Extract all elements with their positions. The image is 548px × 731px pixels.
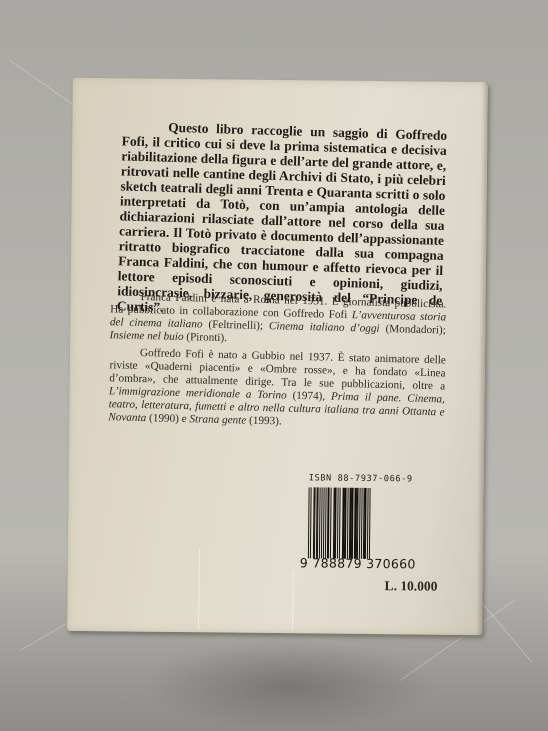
ean-number: 9 788879 370660: [300, 555, 420, 571]
author-bio-fofi: Goffredo Fofi è nato a Gubbio nel 1937. …: [108, 346, 446, 432]
isbn-barcode-block: ISBN 88-7937-066-9 9 788879 370660: [300, 473, 421, 571]
barcode: [308, 487, 404, 559]
desk-scratch: [480, 600, 532, 662]
cover-crease: [292, 570, 294, 630]
desk-shadow: [140, 640, 440, 731]
isbn-number: ISBN 88-7937-066-9: [301, 473, 421, 484]
price-label: L. 10.000: [385, 578, 438, 595]
book-back-cover: Questo libro raccoglie un saggio di Goff…: [67, 78, 488, 635]
desk-surface: Questo libro raccoglie un saggio di Goff…: [0, 0, 548, 731]
cover-crease: [198, 549, 200, 629]
author-bio-faldini: Franca Faldini è nata a Roma nel 1931. È…: [109, 290, 446, 350]
